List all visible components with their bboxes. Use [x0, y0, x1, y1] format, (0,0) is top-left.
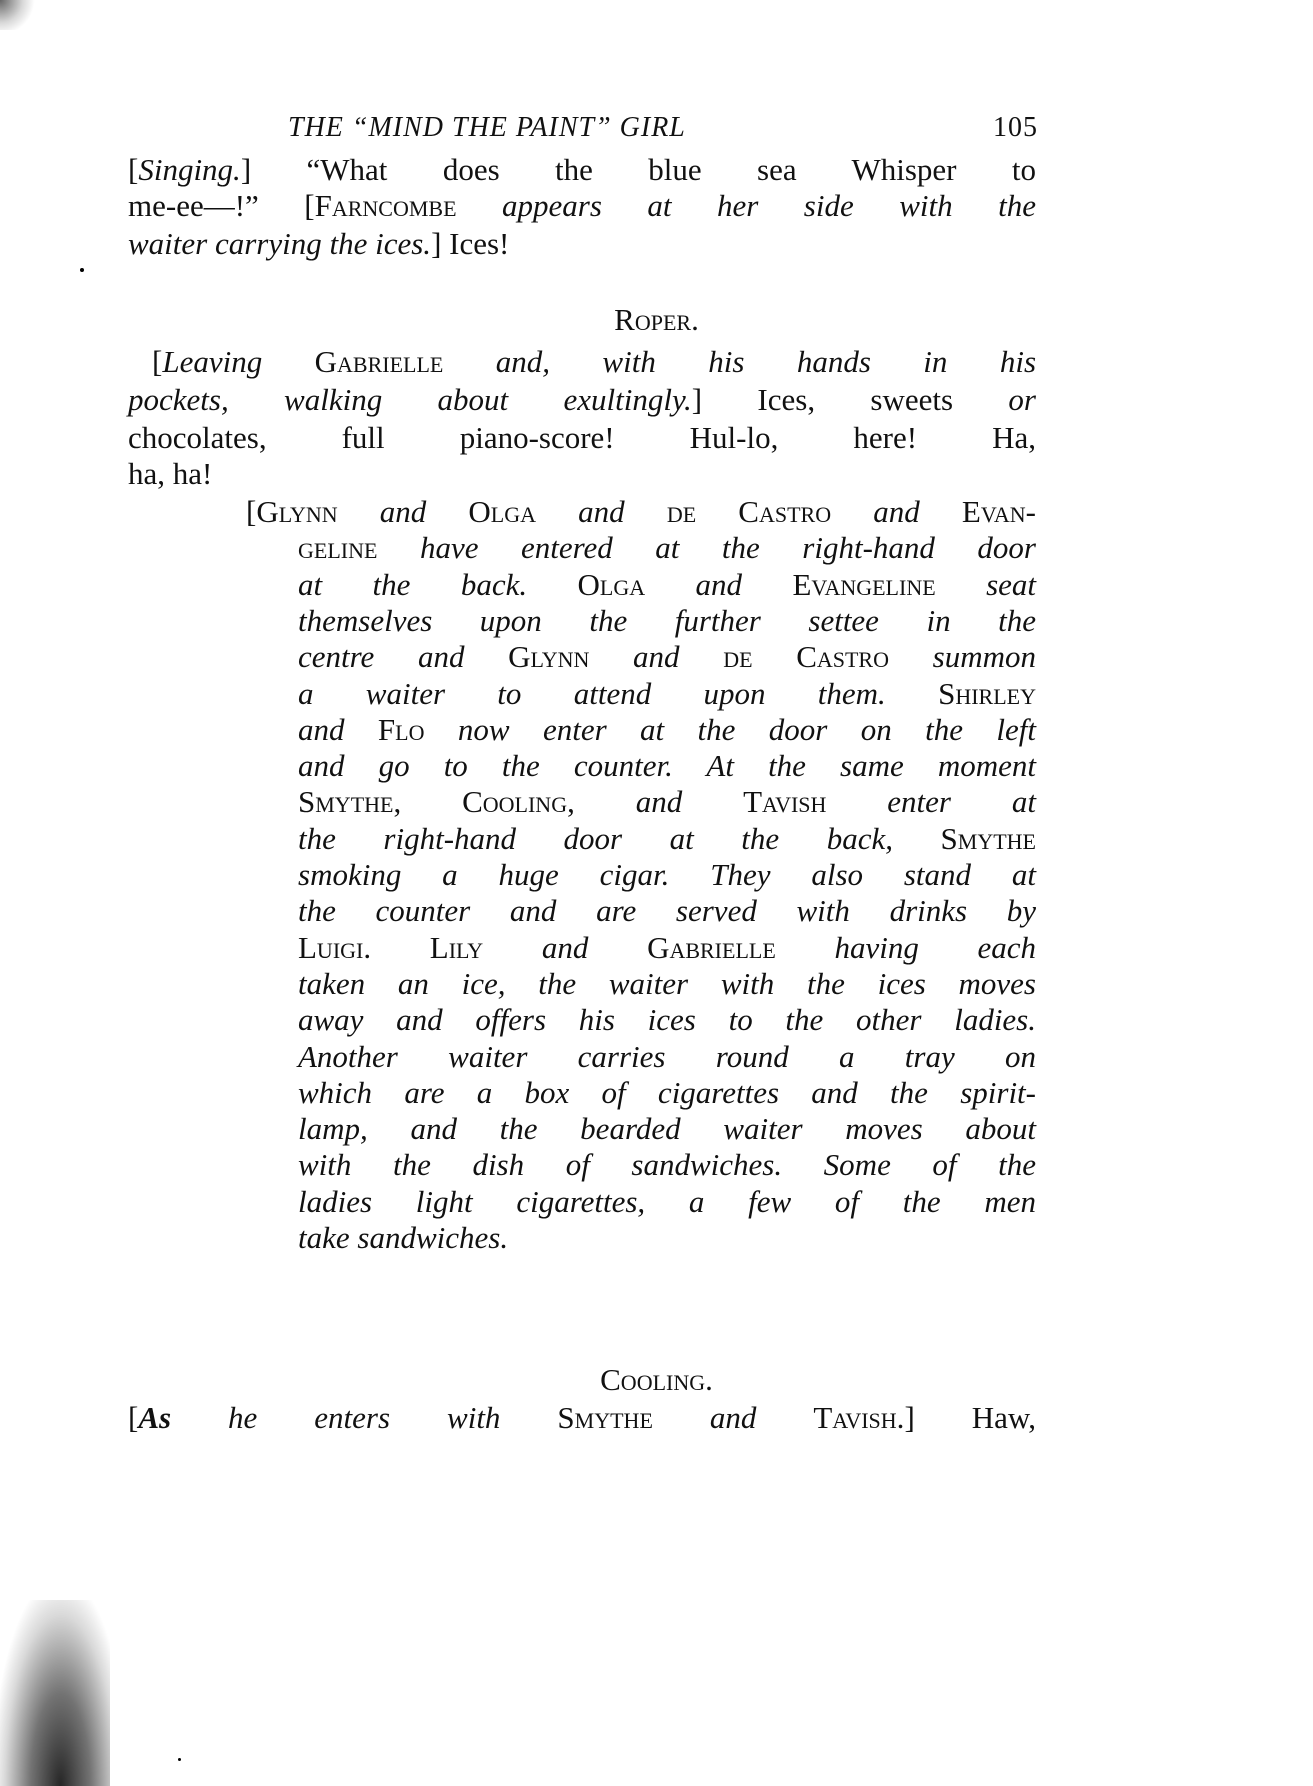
stage-direction: away and offers his ices to the other la…: [298, 1002, 1036, 1037]
stage-direction-line: Luigi. Lily and Gabrielle having each: [298, 928, 1036, 968]
stage-direction: Leaving: [162, 344, 262, 379]
stage-direction-line: at the back. Olga and Evangeline seat: [298, 565, 1036, 605]
stage-direction-line: centre and Glynn and de Castro summon: [298, 637, 1036, 677]
stage-direction: and: [338, 494, 469, 529]
stage-direction-line: Smythe, Cooling, and Tavish enter at: [298, 782, 1036, 822]
stage-direction: and, with his hands in his: [496, 344, 1036, 379]
character-name: de Castro: [723, 639, 889, 674]
stage-direction: and: [645, 567, 792, 602]
character-name: Shirley: [938, 676, 1036, 711]
stage-direction-line: lamp, and the bearded waiter moves about: [298, 1109, 1036, 1149]
dialogue: Ices!: [441, 226, 509, 261]
character-name: Tavish: [743, 784, 826, 819]
stage-direction: appears at her side with the: [457, 188, 1036, 223]
character-name: Glynn: [256, 494, 337, 529]
bracket: ]: [904, 1400, 914, 1435]
character-name: Smythe: [557, 1400, 652, 1435]
stage-direction: he enters with: [171, 1400, 557, 1435]
stage-direction: Another waiter carries round a tray on: [298, 1039, 1036, 1074]
stage-direction-line: a waiter to attend upon them. Shirley: [298, 674, 1036, 714]
book-page: THE “MIND THE PAINT” GIRL 105 [Singing.]…: [0, 0, 1313, 1786]
stage-direction: Singing.: [138, 152, 240, 187]
stage-direction: or: [1008, 382, 1036, 417]
stage-direction: with the dish of sandwiches. Some of the: [298, 1147, 1036, 1182]
stage-direction: pockets, walking about exultingly.: [128, 382, 692, 417]
stage-direction: themselves upon the further settee in th…: [298, 603, 1036, 638]
stage-direction-line: smoking a huge cigar. They also stand at: [298, 855, 1036, 895]
text-line: chocolates, full piano-score! Hul-lo, he…: [128, 418, 1036, 458]
stage-direction: having each: [776, 930, 1036, 965]
character-name: Olga: [468, 494, 536, 529]
bracket: [: [128, 152, 138, 187]
text-line: ha, ha!: [128, 454, 1036, 494]
character-name: Evan-: [962, 494, 1036, 529]
stage-direction-line: taken an ice, the waiter with the ices m…: [298, 964, 1036, 1004]
stage-direction: smoking a huge cigar. They also stand at: [298, 857, 1036, 892]
stage-direction: seat: [936, 567, 1036, 602]
character-name: geline: [298, 530, 377, 565]
stage-direction: and: [536, 494, 667, 529]
character-name: Olga: [578, 567, 646, 602]
character-name: Glynn: [508, 639, 589, 674]
text-line: me-ee—!” [Farncombe appears at her side …: [128, 186, 1036, 226]
bracket: [: [304, 188, 314, 223]
stage-direction: the counter and are served with drinks b…: [298, 893, 1036, 928]
stage-direction-line: themselves upon the further settee in th…: [298, 601, 1036, 641]
character-name: Evangeline: [792, 567, 935, 602]
stage-direction: and: [653, 1400, 813, 1435]
character-name: Luigi. Lily: [298, 930, 483, 965]
stage-direction: take sandwiches.: [298, 1220, 508, 1255]
stage-direction-line: and go to the counter. At the same momen…: [298, 746, 1036, 786]
stage-direction: As: [138, 1400, 171, 1435]
text-line: waiter carrying the ices.] Ices!: [128, 224, 1036, 264]
stage-direction: and: [483, 930, 647, 965]
stage-direction: taken an ice, the waiter with the ices m…: [298, 966, 1036, 1001]
character-name: Gabrielle: [647, 930, 776, 965]
speaker-heading: Roper.: [0, 300, 1313, 340]
stage-direction: and: [298, 712, 378, 747]
character-name: Tavish.: [813, 1400, 904, 1435]
character-name: de Castro: [667, 494, 831, 529]
bracket: [: [128, 1400, 138, 1435]
page-number: 105: [993, 112, 1038, 144]
bracket: [: [246, 494, 256, 529]
bracket: [: [152, 344, 162, 379]
scan-speck: [178, 1758, 181, 1761]
stage-direction-line: Another waiter carries round a tray on: [298, 1037, 1036, 1077]
stage-direction: and: [831, 494, 962, 529]
stage-direction: the right-hand door at the back,: [298, 821, 941, 856]
stage-direction-line: take sandwiches.: [298, 1218, 1036, 1258]
bracket: ]: [431, 226, 441, 261]
scan-smudge-bottom-left: [0, 1600, 110, 1786]
character-name: Smythe, Cooling,: [298, 784, 575, 819]
bracket: ]: [241, 152, 251, 187]
stage-direction-line: which are a box of cigarettes and the sp…: [298, 1073, 1036, 1113]
dialogue: Ices, sweets: [702, 382, 1008, 417]
character-name: Gabrielle: [262, 344, 496, 379]
stage-direction: waiter carrying the ices.: [128, 226, 431, 261]
stage-direction: now enter at the door on the left: [424, 712, 1036, 747]
scan-speck: [80, 268, 84, 272]
dialogue: ha, ha!: [128, 456, 212, 491]
stage-direction: and go to the counter. At the same momen…: [298, 748, 1036, 783]
stage-direction: and: [575, 784, 743, 819]
bracket: ]: [692, 382, 702, 417]
text-line: [Singing.] “What does the blue sea Whisp…: [128, 150, 1036, 190]
stage-direction-line: ladies light cigarettes, a few of the me…: [298, 1182, 1036, 1222]
stage-direction: ladies light cigarettes, a few of the me…: [298, 1184, 1036, 1219]
stage-direction-line: geline have entered at the right-hand do…: [298, 528, 1036, 568]
text-line: pockets, walking about exultingly.] Ices…: [128, 380, 1036, 420]
running-title: THE “MIND THE PAINT” GIRL: [288, 112, 686, 144]
stage-direction: a waiter to attend upon them.: [298, 676, 938, 711]
dialogue: chocolates, full piano-score! Hul-lo, he…: [128, 420, 1036, 455]
scan-noise-top-left: [0, 0, 35, 30]
stage-direction: and: [589, 639, 723, 674]
dialogue: Haw,: [915, 1400, 1036, 1435]
stage-direction: summon: [889, 639, 1036, 674]
stage-direction: have entered at the right-hand door: [377, 530, 1036, 565]
character-name: Farncombe: [315, 188, 457, 223]
speaker-heading: Cooling.: [0, 1360, 1313, 1400]
dialogue: “What does the blue sea Whisper to: [251, 152, 1036, 187]
stage-direction-line: with the dish of sandwiches. Some of the: [298, 1145, 1036, 1185]
stage-direction: lamp, and the bearded waiter moves about: [298, 1111, 1036, 1146]
stage-direction-line: away and offers his ices to the other la…: [298, 1000, 1036, 1040]
stage-direction: enter at: [826, 784, 1036, 819]
character-name: Flo: [378, 712, 425, 747]
stage-direction: at the back.: [298, 567, 578, 602]
stage-direction-line: and Flo now enter at the door on the lef…: [298, 710, 1036, 750]
stage-direction: which are a box of cigarettes and the sp…: [298, 1075, 1036, 1110]
text-line: [Leaving Gabrielle and, with his hands i…: [152, 342, 1036, 382]
stage-direction-line: [Glynn and Olga and de Castro and Evan-: [246, 492, 1036, 532]
text-line: [As he enters with Smythe and Tavish.] H…: [128, 1398, 1036, 1438]
stage-direction-line: the counter and are served with drinks b…: [298, 891, 1036, 931]
dialogue: me-ee—!”: [128, 188, 304, 223]
stage-direction: centre and: [298, 639, 508, 674]
character-name: Smythe: [941, 821, 1036, 856]
stage-direction-line: the right-hand door at the back, Smythe: [298, 819, 1036, 859]
